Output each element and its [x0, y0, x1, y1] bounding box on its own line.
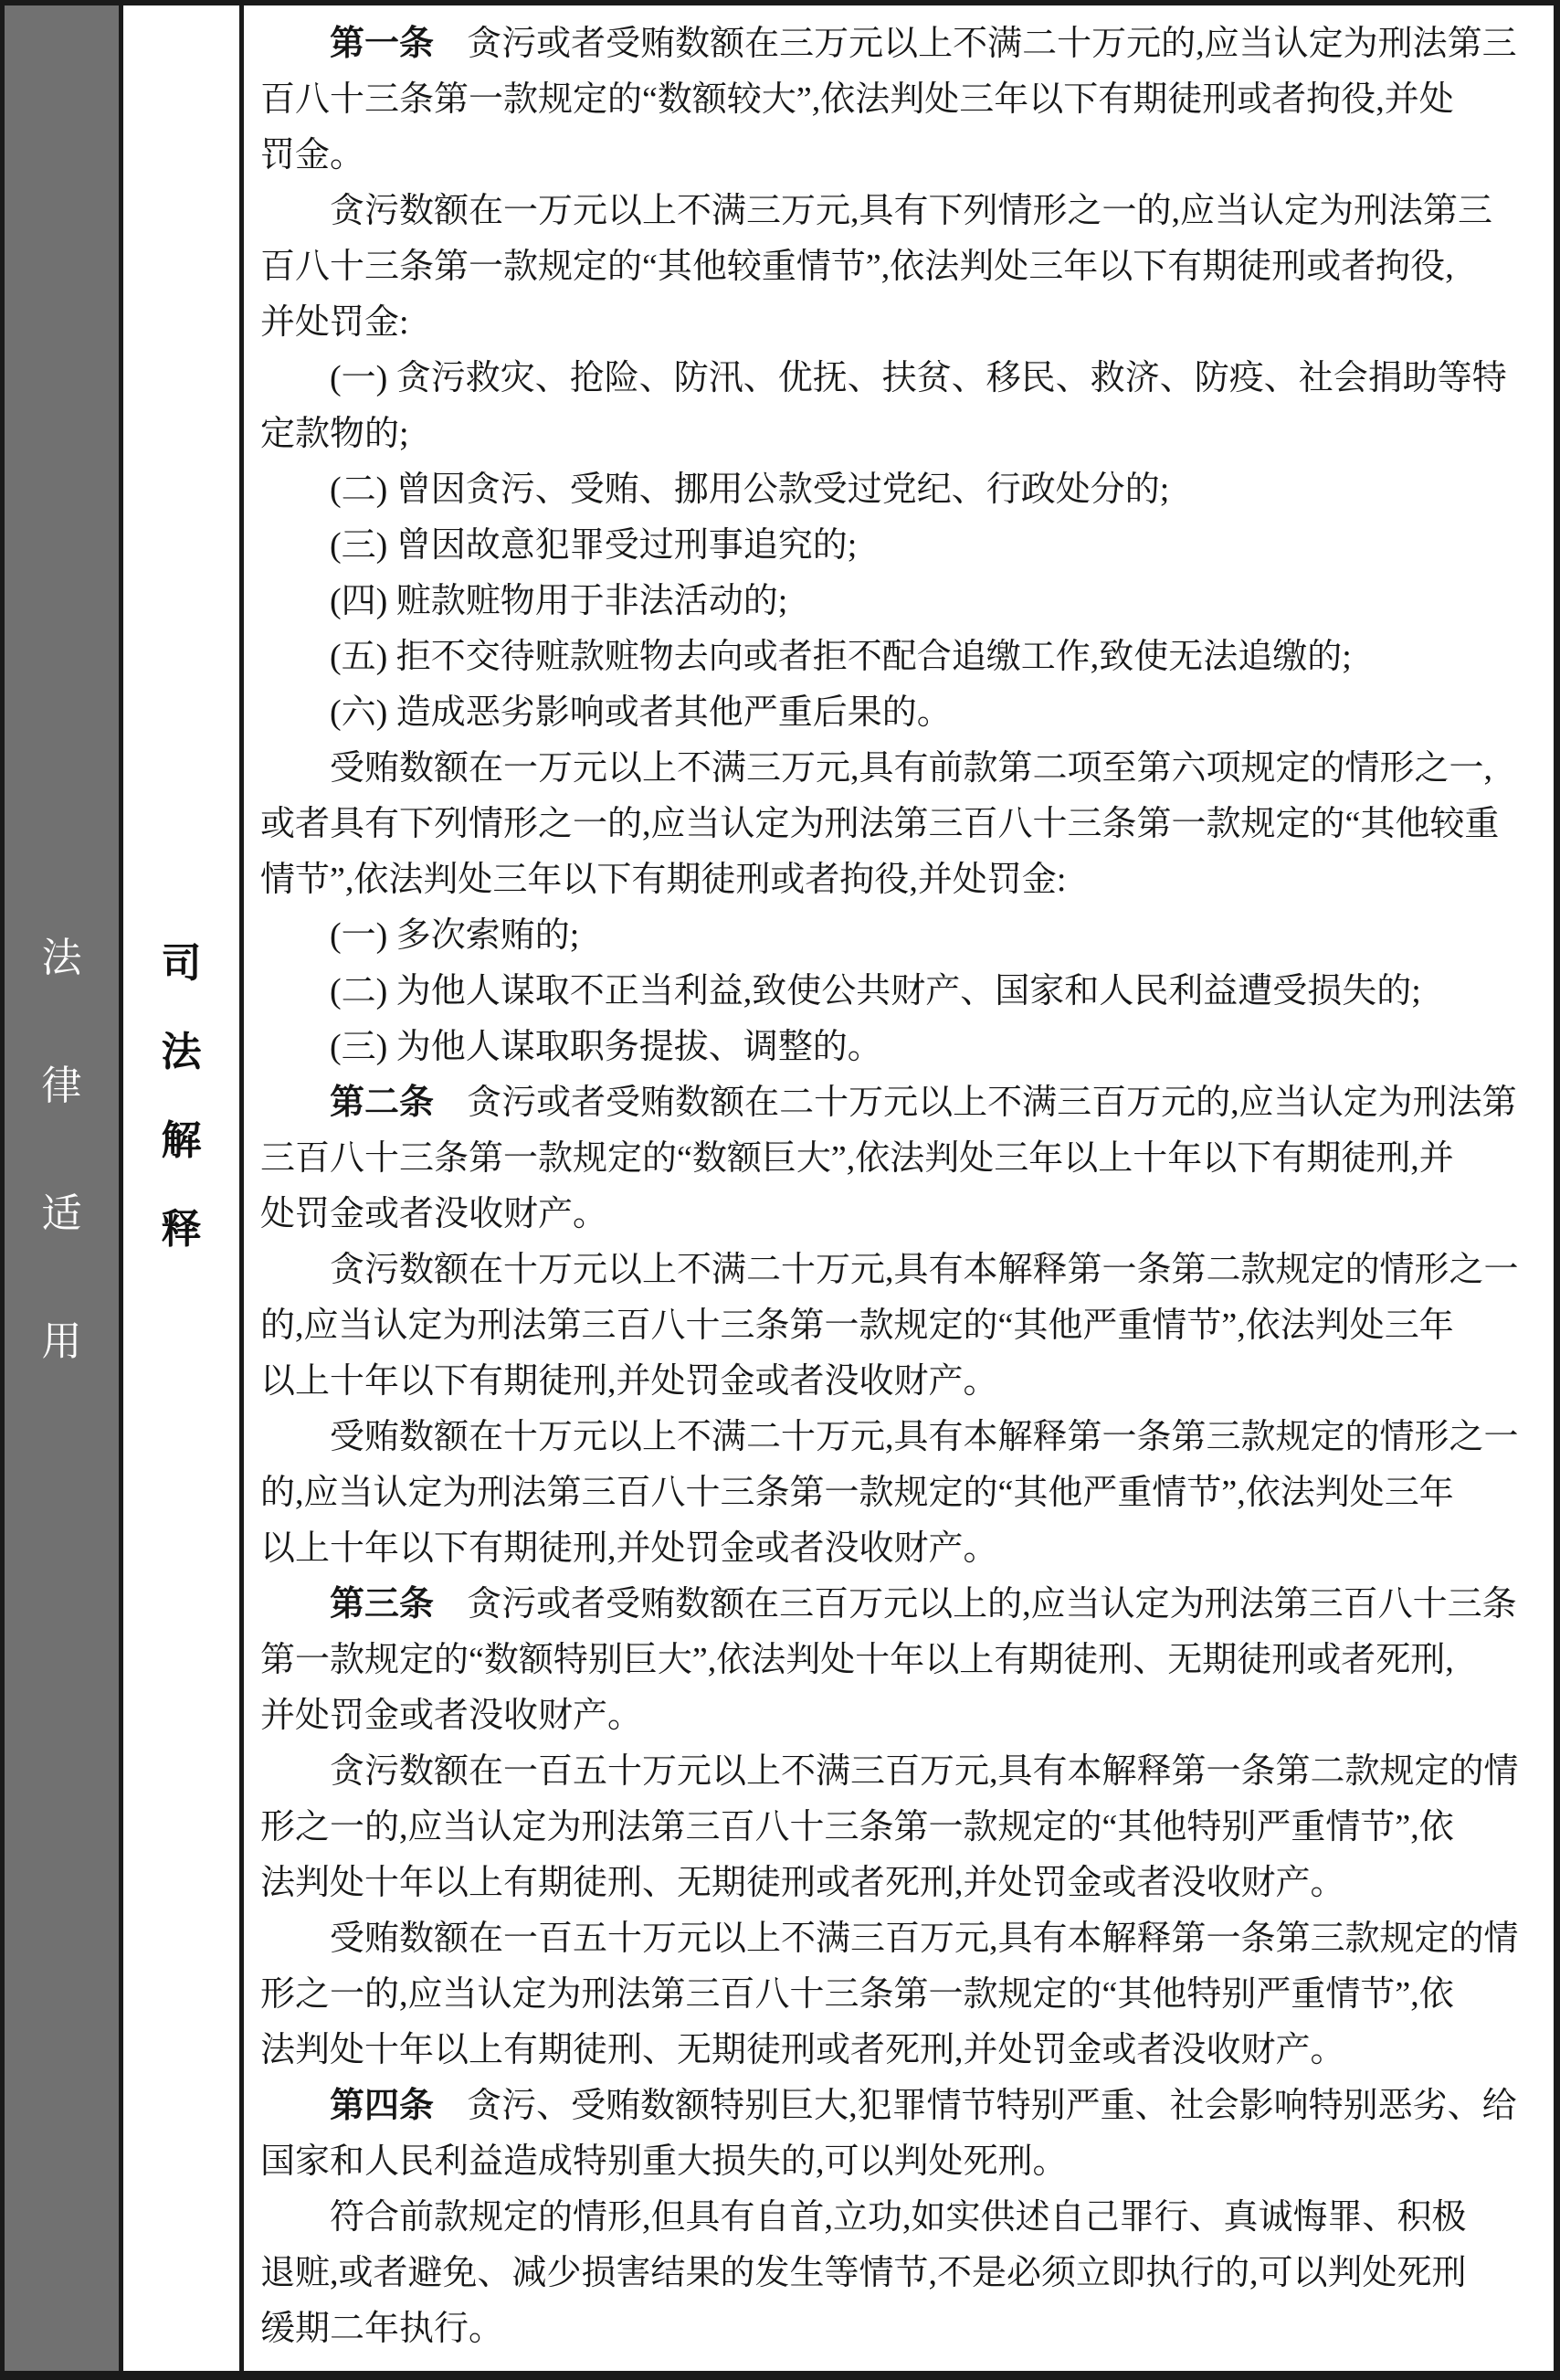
paragraph: 第三条贪污或者受贿数额在三百万元以上的,应当认定为刑法第三百八十三条第一款规定的…: [260, 1577, 1541, 1744]
paragraph: 符合前款规定的情形,但具有自首,立功,如实供述自己罪行、真诚悔罪、积极退赃,或者…: [260, 2190, 1541, 2357]
text-line: 形之一的,应当认定为刑法第三百八十三条第一款规定的“其他特别严重情节”,依: [260, 1967, 1541, 2023]
text-line: 缓期二年执行。: [260, 2301, 1541, 2357]
paragraph: (五) 拒不交待赃款赃物去向或者拒不配合追缴工作,致使无法追缴的;: [260, 629, 1541, 685]
paragraph: (三) 为他人谋取职务提拔、调整的。: [260, 1020, 1541, 1075]
article-label: 第二条: [330, 1084, 434, 1122]
text-line: 百八十三条第一款规定的“数额较大”,依法判处三年以下有期徒刑或者拘役,并处: [260, 72, 1541, 128]
paragraph: (四) 赃款赃物用于非法活动的;: [260, 574, 1541, 629]
text-line: 贪污数额在一百五十万元以上不满三百万元,具有本解释第一条第二款规定的情: [260, 1744, 1541, 1800]
text-line: (三) 为他人谋取职务提拔、调整的。: [260, 1020, 1541, 1075]
section-tab-column: 司法解释: [123, 5, 244, 2371]
line-text: 贪污或者受贿数额在三百万元以上的,应当认定为刑法第三百八十三条: [467, 1585, 1517, 1624]
text-line: (三) 曾因故意犯罪受过刑事追究的;: [260, 518, 1541, 574]
text-line: 法判处十年以上有期徒刑、无期徒刑或者死刑,并处罚金或者没收财产。: [260, 2023, 1541, 2079]
text-line: (四) 赃款赃物用于非法活动的;: [260, 574, 1541, 629]
text-line: (一) 贪污救灾、抢险、防汛、优抚、扶贫、移民、救济、防疫、社会捐助等特: [260, 351, 1541, 407]
text-line: 法判处十年以上有期徒刑、无期徒刑或者死刑,并处罚金或者没收财产。: [260, 1856, 1541, 1911]
text-line: 形之一的,应当认定为刑法第三百八十三条第一款规定的“其他特别严重情节”,依: [260, 1800, 1541, 1856]
text-line: 定款物的;: [260, 407, 1541, 462]
paragraph: (三) 曾因故意犯罪受过刑事追究的;: [260, 518, 1541, 574]
text-line: (五) 拒不交待赃款赃物去向或者拒不配合追缴工作,致使无法追缴的;: [260, 629, 1541, 685]
article-label: 第一条: [330, 25, 434, 63]
main-text: 第一条贪污或者受贿数额在三万元以上不满二十万元的,应当认定为刑法第三百八十三条第…: [244, 5, 1554, 2371]
text-line: 第一条贪污或者受贿数额在三万元以上不满二十万元的,应当认定为刑法第三: [260, 16, 1541, 72]
text-line: 国家和人民利益造成特别重大损失的,可以判处死刑。: [260, 2134, 1541, 2190]
paragraph: 受贿数额在一百五十万元以上不满三百万元,具有本解释第一条第三款规定的情形之一的,…: [260, 1911, 1541, 2079]
text-line: 三百八十三条第一款规定的“数额巨大”,依法判处三年以上十年以下有期徒刑,并: [260, 1131, 1541, 1187]
line-text: 贪污、受贿数额特别巨大,犯罪情节特别严重、社会影响特别恶劣、给: [467, 2087, 1517, 2125]
text-line: 第二条贪污或者受贿数额在二十万元以上不满三百万元的,应当认定为刑法第: [260, 1075, 1541, 1131]
left-sidebar-tab: 法律适用: [5, 5, 123, 2371]
text-line: 第一款规定的“数额特别巨大”,依法判处十年以上有期徒刑、无期徒刑或者死刑,: [260, 1633, 1541, 1688]
line-text: 贪污或者受贿数额在二十万元以上不满三百万元的,应当认定为刑法第: [467, 1084, 1517, 1122]
text-line: (二) 为他人谋取不正当利益,致使公共财产、国家和人民利益遭受损失的;: [260, 964, 1541, 1020]
paragraph: 第一条贪污或者受贿数额在三万元以上不满二十万元的,应当认定为刑法第三百八十三条第…: [260, 16, 1541, 184]
line-text: 贪污或者受贿数额在三万元以上不满二十万元的,应当认定为刑法第三: [467, 25, 1517, 63]
text-line: 第三条贪污或者受贿数额在三百万元以上的,应当认定为刑法第三百八十三条: [260, 1577, 1541, 1633]
paragraph: (六) 造成恶劣影响或者其他严重后果的。: [260, 685, 1541, 741]
text-line: 情节”,依法判处三年以下有期徒刑或者拘役,并处罚金:: [260, 852, 1541, 908]
paragraph: (二) 为他人谋取不正当利益,致使公共财产、国家和人民利益遭受损失的;: [260, 964, 1541, 1020]
text-line: 以上十年以下有期徒刑,并处罚金或者没收财产。: [260, 1354, 1541, 1410]
paragraph: 受贿数额在一万元以上不满三万元,具有前款第二项至第六项规定的情形之一,或者具有下…: [260, 741, 1541, 908]
tab-vertical-char: 释: [162, 1210, 202, 1250]
text-line: 第四条贪污、受贿数额特别巨大,犯罪情节特别严重、社会影响特别恶劣、给: [260, 2079, 1541, 2134]
paragraph: (二) 曾因贪污、受贿、挪用公款受过党纪、行政处分的;: [260, 462, 1541, 518]
text-line: 符合前款规定的情形,但具有自首,立功,如实供述自己罪行、真诚悔罪、积极: [260, 2190, 1541, 2246]
text-line: 退赃,或者避免、减少损害结果的发生等情节,不是必须立即执行的,可以判处死刑: [260, 2246, 1541, 2301]
text-line: (六) 造成恶劣影响或者其他严重后果的。: [260, 685, 1541, 741]
book-page: 法律适用 司法解释 第一条贪污或者受贿数额在三万元以上不满二十万元的,应当认定为…: [0, 0, 1560, 2380]
paragraph: 受贿数额在十万元以上不满二十万元,具有本解释第一条第三款规定的情形之一的,应当认…: [260, 1410, 1541, 1577]
text-line: 以上十年以下有期徒刑,并处罚金或者没收财产。: [260, 1521, 1541, 1577]
paragraph: 贪污数额在一万元以上不满三万元,具有下列情形之一的,应当认定为刑法第三百八十三条…: [260, 184, 1541, 351]
text-line: 并处罚金或者没收财产。: [260, 1688, 1541, 1744]
tab-vertical-char: 司: [162, 944, 202, 984]
paragraph: (一) 贪污救灾、抢险、防汛、优抚、扶贫、移民、救济、防疫、社会捐助等特定款物的…: [260, 351, 1541, 462]
text-line: 贪污数额在十万元以上不满二十万元,具有本解释第一条第二款规定的情形之一: [260, 1243, 1541, 1298]
tab-vertical-char: 解: [162, 1121, 202, 1161]
text-line: 的,应当认定为刑法第三百八十三条第一款规定的“其他严重情节”,依法判处三年: [260, 1298, 1541, 1354]
paragraph: 贪污数额在一百五十万元以上不满三百万元,具有本解释第一条第二款规定的情形之一的,…: [260, 1744, 1541, 1911]
text-line: 百八十三条第一款规定的“其他较重情节”,依法判处三年以下有期徒刑或者拘役,: [260, 239, 1541, 295]
paragraph: 贪污数额在十万元以上不满二十万元,具有本解释第一条第二款规定的情形之一的,应当认…: [260, 1243, 1541, 1410]
tab-vertical-char: 法: [162, 1032, 202, 1073]
text-line: 贪污数额在一万元以上不满三万元,具有下列情形之一的,应当认定为刑法第三: [260, 184, 1541, 239]
text-line: 并处罚金:: [260, 295, 1541, 351]
sidebar-vertical-char: 适: [42, 1194, 82, 1234]
sidebar-vertical-char: 法: [42, 938, 82, 978]
paragraph: (一) 多次索贿的;: [260, 908, 1541, 964]
text-line: 受贿数额在一万元以上不满三万元,具有前款第二项至第六项规定的情形之一,: [260, 741, 1541, 797]
paragraph: 第四条贪污、受贿数额特别巨大,犯罪情节特别严重、社会影响特别恶劣、给国家和人民利…: [260, 2079, 1541, 2190]
text-line: (一) 多次索贿的;: [260, 908, 1541, 964]
text-line: 受贿数额在一百五十万元以上不满三百万元,具有本解释第一条第三款规定的情: [260, 1911, 1541, 1967]
article-label: 第四条: [330, 2087, 434, 2125]
text-line: 罚金。: [260, 128, 1541, 184]
article-label: 第三条: [330, 1585, 434, 1624]
text-line: 处罚金或者没收财产。: [260, 1187, 1541, 1243]
text-line: 的,应当认定为刑法第三百八十三条第一款规定的“其他严重情节”,依法判处三年: [260, 1465, 1541, 1521]
text-line: 或者具有下列情形之一的,应当认定为刑法第三百八十三条第一款规定的“其他较重: [260, 797, 1541, 852]
sidebar-vertical-char: 用: [42, 1322, 82, 1362]
text-line: 受贿数额在十万元以上不满二十万元,具有本解释第一条第三款规定的情形之一: [260, 1410, 1541, 1465]
paragraph: 第二条贪污或者受贿数额在二十万元以上不满三百万元的,应当认定为刑法第三百八十三条…: [260, 1075, 1541, 1243]
sidebar-vertical-char: 律: [42, 1066, 82, 1106]
text-line: (二) 曾因贪污、受贿、挪用公款受过党纪、行政处分的;: [260, 462, 1541, 518]
